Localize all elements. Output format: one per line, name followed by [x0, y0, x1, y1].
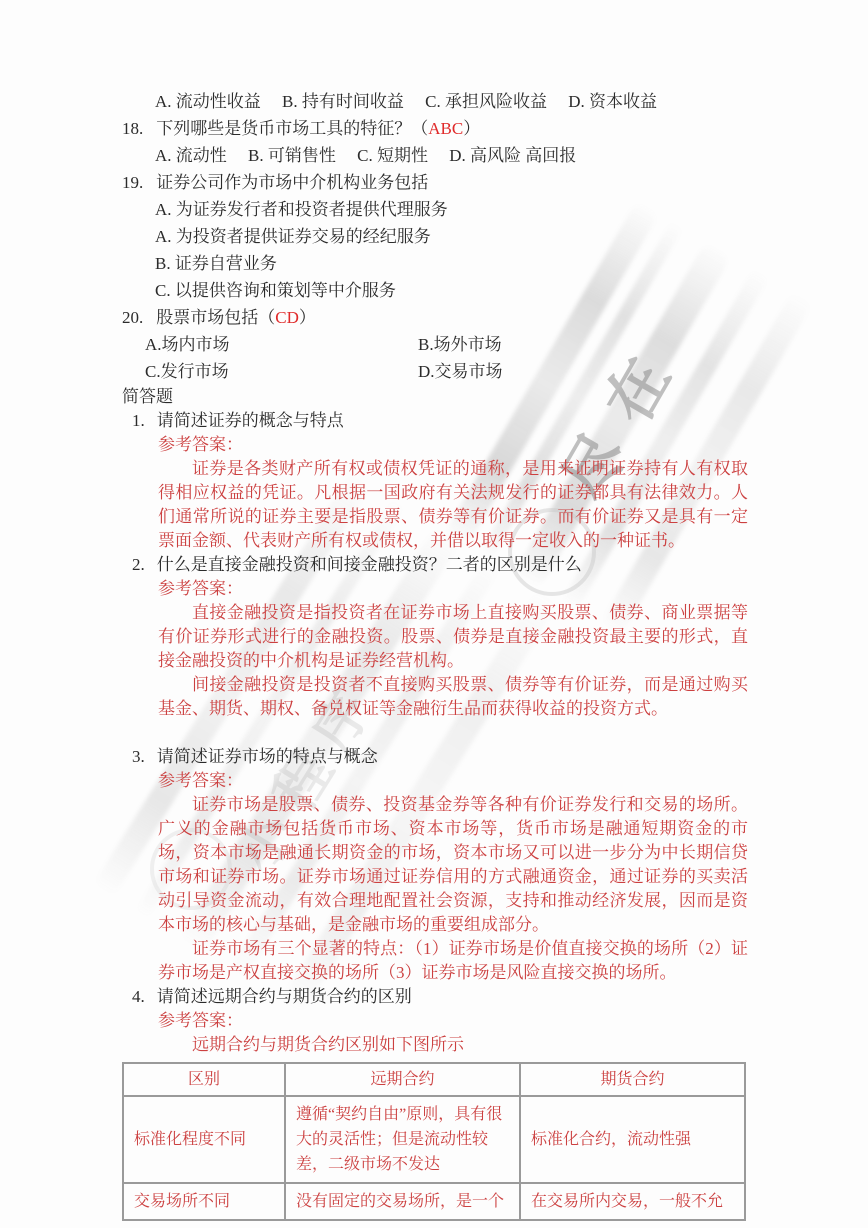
question-text: 证券公司作为市场中介机构业务包括 — [156, 173, 428, 192]
table-cell: 没有固定的交易场所，是一个 — [285, 1183, 520, 1220]
answer-paren-open: （ — [258, 308, 275, 327]
answer-paragraph: 直接金融投资是指投资者在证券市场上直接购买股票、债券、商业票据等有价证券形式进行… — [100, 601, 748, 673]
blank-line — [100, 721, 750, 745]
table-header-cell: 区别 — [123, 1063, 285, 1096]
question-20-options-row: A.场内市场 B.场外市场 — [100, 331, 750, 358]
table-cell: 在交易所内交易，一般不允 — [520, 1183, 745, 1220]
answer-paragraph: 间接金融投资是投资者不直接购买股票、债券等有价证券，而是通过购买基金、期货、期权… — [100, 673, 748, 721]
answer-paragraph: 证券市场有三个显著的特点：（1）证券市场是价值直接交换的场所（2）证券市场是产权… — [100, 937, 748, 985]
answer-paren-close: ） — [299, 308, 316, 327]
question-20-options-row: C.发行市场 D.交易市场 — [100, 358, 750, 385]
table-row: 交易场所不同 没有固定的交易场所，是一个 在交易所内交易，一般不允 — [123, 1183, 745, 1220]
reference-answer-label: 参考答案： — [100, 577, 750, 601]
table-header-cell: 远期合约 — [285, 1063, 520, 1096]
question-number: 20. — [122, 308, 143, 327]
section-heading: 简答题 — [100, 385, 750, 409]
table-cell: 标准化程度不同 — [123, 1096, 285, 1183]
reference-answer-label: 参考答案： — [100, 1009, 750, 1033]
multiple-choice-section: A. 流动性收益 B. 持有时间收益 C. 承担风险收益 D. 资本收益 18.… — [100, 88, 750, 385]
question-20: 20.股票市场包括（CD） — [100, 304, 750, 331]
document-content: A. 流动性收益 B. 持有时间收益 C. 承担风险收益 D. 资本收益 18.… — [100, 88, 750, 1221]
question-20-option: D.交易市场 — [418, 358, 503, 385]
question-19-option: C. 以提供咨询和策划等中介服务 — [100, 277, 750, 304]
answer-paragraph: 证券市场是股票、债券、投资基金券等各种有价证券发行和交易的场所。广义的金融市场包… — [100, 793, 748, 937]
table-cell: 标准化合约，流动性强 — [520, 1096, 745, 1183]
question-text: 请简述远期合约与期货合约的区别 — [157, 987, 412, 1006]
mc-leading-options-line: A. 流动性收益 B. 持有时间收益 C. 承担风险收益 D. 资本收益 — [100, 88, 750, 115]
question-18-options: A. 流动性 B. 可销售性 C. 短期性 D. 高风险 高回报 — [100, 142, 750, 169]
question-number: 4. — [132, 987, 145, 1006]
question-text: 什么是直接金融投资和间接金融投资？二者的区别是什么 — [157, 555, 582, 574]
answer-paren-close: ） — [463, 119, 480, 138]
answer-paren-open: （ — [411, 119, 428, 138]
question-number: 18. — [122, 119, 143, 138]
document-page: 尽在 小程序 A. 流动性收益 B. 持有时间收益 C. 承担风险收益 D. 资… — [0, 0, 868, 1228]
question-19-option: A. 为投资者提供证券交易的经纪服务 — [100, 223, 750, 250]
question-text: 请简述证券市场的特点与概念 — [157, 747, 378, 766]
table-cell: 交易场所不同 — [123, 1183, 285, 1220]
question-number: 19. — [122, 173, 143, 192]
question-text: 股票市场包括 — [156, 308, 258, 327]
short-answer-question-1: 1.请简述证券的概念与特点 — [100, 409, 750, 433]
question-number: 1. — [132, 411, 145, 430]
question-text: 请简述证券的概念与特点 — [157, 411, 344, 430]
question-19: 19.证券公司作为市场中介机构业务包括 — [100, 169, 750, 196]
table-cell: 遵循“契约自由”原则，具有很大的灵活性；但是流动性较差，二级市场不发达 — [285, 1096, 520, 1183]
answer-key: ABC — [428, 119, 463, 138]
answer-paragraph: 证券是各类财产所有权或债权凭证的通称，是用来证明证券持有人有权取得相应权益的凭证… — [100, 457, 748, 553]
question-20-option: A.场内市场 — [145, 331, 418, 358]
question-number: 3. — [132, 747, 145, 766]
question-19-option: B. 证券自营业务 — [100, 250, 750, 277]
short-answer-question-4: 4.请简述远期合约与期货合约的区别 — [100, 985, 750, 1009]
question-18: 18.下列哪些是货币市场工具的特征？（ABC） — [100, 115, 750, 142]
question-number: 2. — [132, 555, 145, 574]
table-header-row: 区别 远期合约 期货合约 — [123, 1063, 745, 1096]
table-row: 标准化程度不同 遵循“契约自由”原则，具有很大的灵活性；但是流动性较差，二级市场… — [123, 1096, 745, 1183]
question-text: 下列哪些是货币市场工具的特征？ — [156, 119, 411, 138]
reference-answer-label: 参考答案： — [100, 433, 750, 457]
reference-answer-label: 参考答案： — [100, 769, 750, 793]
question-20-option: C.发行市场 — [145, 358, 418, 385]
short-answer-question-2: 2.什么是直接金融投资和间接金融投资？二者的区别是什么 — [100, 553, 750, 577]
table-header-cell: 期货合约 — [520, 1063, 745, 1096]
short-answer-section: 简答题 1.请简述证券的概念与特点 参考答案： 证券是各类财产所有权或债权凭证的… — [100, 385, 750, 1221]
answer-key: CD — [275, 308, 299, 327]
table-intro-line: 远期合约与期货合约区别如下图所示 — [100, 1033, 750, 1057]
short-answer-question-3: 3.请简述证券市场的特点与概念 — [100, 745, 750, 769]
question-19-option: A. 为证券发行者和投资者提供代理服务 — [100, 196, 750, 223]
comparison-table: 区别 远期合约 期货合约 标准化程度不同 遵循“契约自由”原则，具有很大的灵活性… — [122, 1062, 746, 1221]
question-20-option: B.场外市场 — [418, 331, 502, 358]
